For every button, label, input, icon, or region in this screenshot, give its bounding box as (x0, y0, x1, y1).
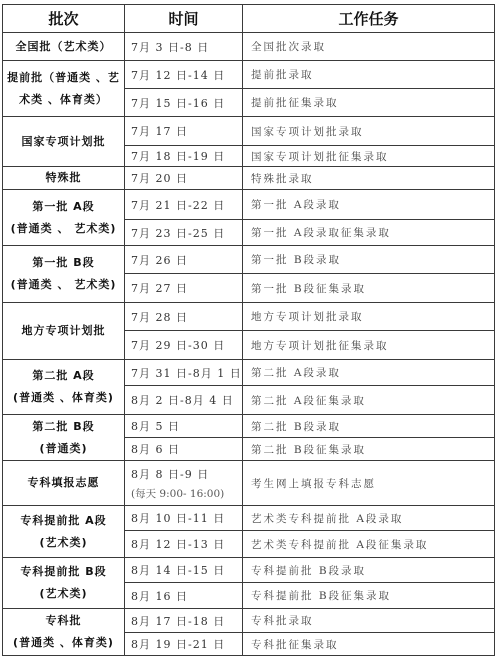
time-label: 8月 8 日-9 日 (131, 468, 209, 481)
batch-label: (艺术类) (3, 583, 124, 605)
task-cell: 第一批 B段征集录取 (243, 274, 495, 303)
header-row: 批次 时间 工作任务 (3, 5, 495, 33)
time-cell: 7月 21 日-22 日 (125, 190, 243, 220)
time-cell: 8月 2 日-8月 4 日 (125, 386, 243, 415)
time-cell: 7月 23 日-25 日 (125, 220, 243, 246)
table-row: 地方专项计划批7月 28 日地方专项计划批录取 (3, 303, 495, 331)
batch-label: 全国批（艺术类） (3, 36, 124, 58)
table-row: 第一批 B段(普通类 、 艺术类)7月 26 日第一批 B段录取 (3, 246, 495, 274)
time-label: 7月 21 日-22 日 (131, 199, 225, 212)
time-cell: 7月 28 日 (125, 303, 243, 331)
time-label: 7月 29 日-30 日 (131, 339, 225, 352)
time-label: 8月 6 日 (131, 443, 180, 456)
time-cell: 7月 29 日-30 日 (125, 331, 243, 360)
task-cell: 第二批 A段征集录取 (243, 386, 495, 415)
time-cell: 7月 26 日 (125, 246, 243, 274)
time-cell: 7月 18 日-19 日 (125, 146, 243, 167)
task-cell: 专科批征集录取 (243, 633, 495, 656)
time-cell: 7月 27 日 (125, 274, 243, 303)
time-label: 7月 18 日-19 日 (131, 150, 225, 163)
task-cell: 国家专项计划批征集录取 (243, 146, 495, 167)
task-cell: 第一批 A段录取 (243, 190, 495, 220)
batch-cell: 特殊批 (3, 167, 125, 190)
batch-cell: 专科填报志愿 (3, 461, 125, 506)
batch-label: (普通类 、体育类) (3, 632, 124, 654)
table-row: 专科提前批 B段(艺术类)8月 14 日-15 日专科提前批 B段录取 (3, 558, 495, 583)
batch-label: 第一批 A段 (3, 196, 124, 218)
admission-schedule-table: 批次 时间 工作任务 全国批（艺术类）7月 3 日-8 日全国批次录取提前批（普… (2, 4, 495, 656)
batch-label: (普通类 、体育类) (3, 387, 124, 409)
task-cell: 地方专项计划批征集录取 (243, 331, 495, 360)
batch-label: 国家专项计划批 (3, 131, 124, 153)
batch-cell: 专科批(普通类 、体育类) (3, 609, 125, 656)
time-cell: 7月 12 日-14 日 (125, 61, 243, 89)
table-row: 专科填报志愿8月 8 日-9 日(每天 9:00- 16:00)考生网上填报专科… (3, 461, 495, 506)
time-cell: 8月 12 日-13 日 (125, 531, 243, 558)
time-label: 8月 10 日-11 日 (131, 512, 225, 525)
task-cell: 艺术类专科提前批 A段录取 (243, 506, 495, 531)
task-cell: 国家专项计划批录取 (243, 117, 495, 146)
time-label: 8月 5 日 (131, 420, 180, 433)
time-cell: 8月 6 日 (125, 438, 243, 461)
time-label: 7月 15 日-16 日 (131, 97, 225, 110)
time-cell: 8月 16 日 (125, 583, 243, 609)
task-cell: 考生网上填报专科志愿 (243, 461, 495, 506)
task-cell: 提前批录取 (243, 61, 495, 89)
table-row: 第一批 A段(普通类 、 艺术类)7月 21 日-22 日第一批 A段录取 (3, 190, 495, 220)
task-cell: 地方专项计划批录取 (243, 303, 495, 331)
header-time: 时间 (125, 5, 243, 33)
batch-cell: 第一批 B段(普通类 、 艺术类) (3, 246, 125, 303)
time-label: 7月 17 日 (131, 125, 188, 138)
time-cell: 8月 8 日-9 日(每天 9:00- 16:00) (125, 461, 243, 506)
table-row: 特殊批7月 20 日特殊批录取 (3, 167, 495, 190)
time-label: 7月 12 日-14 日 (131, 69, 225, 82)
batch-cell: 国家专项计划批 (3, 117, 125, 167)
batch-label: (普通类) (3, 438, 124, 460)
task-cell: 专科提前批 B段征集录取 (243, 583, 495, 609)
time-cell: 8月 17 日-18 日 (125, 609, 243, 633)
header-task: 工作任务 (243, 5, 495, 33)
task-cell: 专科批录取 (243, 609, 495, 633)
time-label: 7月 28 日 (131, 311, 188, 324)
task-cell: 第二批 A段录取 (243, 360, 495, 386)
task-cell: 特殊批录取 (243, 167, 495, 190)
batch-cell: 第一批 A段(普通类 、 艺术类) (3, 190, 125, 246)
table-row: 提前批（普通类 、艺术类 、体育类）7月 12 日-14 日提前批录取 (3, 61, 495, 89)
batch-label: 第二批 B段 (3, 416, 124, 438)
table-row: 专科提前批 A段(艺术类)8月 10 日-11 日艺术类专科提前批 A段录取 (3, 506, 495, 531)
batch-cell: 全国批（艺术类） (3, 33, 125, 61)
time-label: 8月 14 日-15 日 (131, 564, 225, 577)
batch-label: 第二批 A段 (3, 365, 124, 387)
batch-label: (普通类 、 艺术类) (3, 218, 124, 240)
time-label: 7月 23 日-25 日 (131, 227, 225, 240)
batch-label: 术类 、体育类） (3, 89, 124, 111)
batch-label: 地方专项计划批 (3, 320, 124, 342)
batch-label: (艺术类) (3, 532, 124, 554)
time-cell: 8月 5 日 (125, 415, 243, 438)
time-label: 8月 2 日-8月 4 日 (131, 394, 234, 407)
task-cell: 第二批 B段录取 (243, 415, 495, 438)
time-label: 7月 31 日-8月 1 日 (131, 367, 242, 380)
time-label: 7月 20 日 (131, 172, 188, 185)
batch-label: 专科填报志愿 (3, 472, 124, 494)
time-cell: 7月 15 日-16 日 (125, 89, 243, 117)
batch-cell: 提前批（普通类 、艺术类 、体育类） (3, 61, 125, 117)
table-row: 全国批（艺术类）7月 3 日-8 日全国批次录取 (3, 33, 495, 61)
task-cell: 艺术类专科提前批 A段征集录取 (243, 531, 495, 558)
task-cell: 专科提前批 B段录取 (243, 558, 495, 583)
time-cell: 8月 19 日-21 日 (125, 633, 243, 656)
batch-label: (普通类 、 艺术类) (3, 274, 124, 296)
task-cell: 第二批 B段征集录取 (243, 438, 495, 461)
time-cell: 8月 14 日-15 日 (125, 558, 243, 583)
time-label: 8月 17 日-18 日 (131, 615, 225, 628)
task-cell: 提前批征集录取 (243, 89, 495, 117)
time-label: 7月 26 日 (131, 254, 188, 267)
batch-label: 专科提前批 A段 (3, 510, 124, 532)
task-cell: 第一批 A段录取征集录取 (243, 220, 495, 246)
batch-label: 第一批 B段 (3, 252, 124, 274)
batch-label: 专科批 (3, 610, 124, 632)
table-row: 专科批(普通类 、体育类)8月 17 日-18 日专科批录取 (3, 609, 495, 633)
time-cell: 7月 17 日 (125, 117, 243, 146)
batch-label: 特殊批 (3, 167, 124, 189)
table-row: 第二批 A段(普通类 、体育类)7月 31 日-8月 1 日第二批 A段录取 (3, 360, 495, 386)
time-label: 8月 16 日 (131, 590, 188, 603)
task-cell: 全国批次录取 (243, 33, 495, 61)
batch-label: 专科提前批 B段 (3, 561, 124, 583)
time-cell: 8月 10 日-11 日 (125, 506, 243, 531)
batch-cell: 专科提前批 B段(艺术类) (3, 558, 125, 609)
batch-cell: 专科提前批 A段(艺术类) (3, 506, 125, 558)
time-cell: 7月 20 日 (125, 167, 243, 190)
time-label: 7月 27 日 (131, 282, 188, 295)
batch-cell: 第二批 B段(普通类) (3, 415, 125, 461)
time-note: (每天 9:00- 16:00) (131, 486, 242, 501)
batch-label: 提前批（普通类 、艺 (3, 67, 124, 89)
time-cell: 7月 31 日-8月 1 日 (125, 360, 243, 386)
batch-cell: 地方专项计划批 (3, 303, 125, 360)
time-label: 8月 12 日-13 日 (131, 538, 225, 551)
table-row: 第二批 B段(普通类)8月 5 日第二批 B段录取 (3, 415, 495, 438)
time-cell: 7月 3 日-8 日 (125, 33, 243, 61)
header-batch: 批次 (3, 5, 125, 33)
time-label: 7月 3 日-8 日 (131, 41, 209, 54)
table-row: 国家专项计划批7月 17 日国家专项计划批录取 (3, 117, 495, 146)
task-cell: 第一批 B段录取 (243, 246, 495, 274)
batch-cell: 第二批 A段(普通类 、体育类) (3, 360, 125, 415)
time-label: 8月 19 日-21 日 (131, 638, 225, 651)
